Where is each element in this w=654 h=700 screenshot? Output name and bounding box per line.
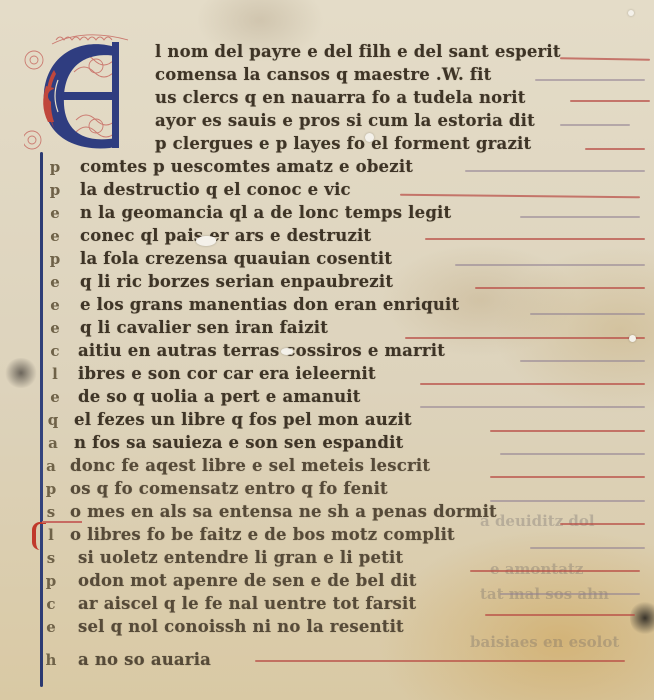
ruling-line <box>420 383 645 385</box>
verse-line: a n fos sa sauieza e son sen espandit <box>74 431 403 454</box>
ruling-line <box>560 124 630 126</box>
verse-text: comtes p uescomtes amatz e obezit <box>80 157 413 176</box>
verse-line: p comtes p uescomtes amatz e obezit <box>80 155 413 178</box>
verse-text: o libres fo be faitz e de bos motz compl… <box>70 525 455 544</box>
parchment-hole <box>629 335 636 342</box>
ink-smudge-right <box>630 600 654 636</box>
ruling-line <box>475 287 645 289</box>
capital-letter: l <box>44 526 58 544</box>
ruling-line <box>455 264 645 266</box>
verse-text: el fezes un libre q fos pel mon auzit <box>74 410 412 429</box>
capital-letter: s <box>44 503 58 521</box>
verse-text: conec ql pais er ars e destruzit <box>80 226 371 245</box>
verse-line: e e los grans manentias don eran enriqui… <box>80 293 459 316</box>
verse-line: s o mes en als sa entensa ne sh a penas … <box>70 500 497 523</box>
initial-e-icon <box>24 30 144 160</box>
parchment-hole <box>628 10 634 16</box>
parchment-hole <box>196 236 216 246</box>
capital-letter: q <box>46 411 60 429</box>
verse-line: us clercs q en nauarra fo a tudela norit <box>155 86 526 109</box>
capital-letter: e <box>48 273 62 291</box>
capital-letter: p <box>48 181 62 199</box>
ruling-line <box>490 476 645 478</box>
ruling-line <box>490 500 645 502</box>
verse-line: l o libres fo be faitz e de bos motz com… <box>70 523 455 546</box>
verse-text: comensa la cansos q maestre .W. fit <box>155 65 491 84</box>
verse-text: n fos sa sauieza e son sen espandit <box>74 433 403 452</box>
verse-text: l nom del payre e del filh e del sant es… <box>155 42 561 61</box>
verse-line: a donc fe aqest libre e sel meteis lescr… <box>70 454 430 477</box>
capital-letter: e <box>48 388 62 406</box>
verse-line: p clergues e p layes fo el forment grazi… <box>155 132 531 155</box>
verse-line: ayor es sauis e pros si cum la estoria d… <box>155 109 535 132</box>
verse-text: ar aiscel q le fe nal uentre tot farsit <box>78 594 416 613</box>
verse-line: e sel q nol conoissh ni no la resentit <box>78 615 404 638</box>
ruling-line <box>465 170 645 172</box>
verse-line: l nom del payre e del filh e del sant es… <box>155 40 561 63</box>
verse-line: q el fezes un libre q fos pel mon auzit <box>74 408 412 431</box>
ink-smudge <box>4 358 38 388</box>
verse-line: h a no so auaria <box>78 648 211 671</box>
bleed-through-text: a deuiditz dol <box>480 512 595 530</box>
capital-letter: l <box>48 365 62 383</box>
ruling-line <box>530 313 645 315</box>
verse-text: la destructio q el conoc e vic <box>80 180 351 199</box>
capital-letter: e <box>48 204 62 222</box>
verse-text: ayor es sauis e pros si cum la estoria d… <box>155 111 535 130</box>
capital-letter: e <box>48 319 62 337</box>
ruling-line <box>500 453 645 455</box>
ruling-line <box>570 100 650 102</box>
capital-letter: e <box>48 227 62 245</box>
capital-letter: c <box>48 342 62 360</box>
ruling-line <box>535 79 645 81</box>
verse-line: e de so q uolia a pert e amanuit <box>78 385 361 408</box>
ruling-line <box>520 216 640 218</box>
verse-text: ibres e son cor car era ieleernit <box>78 364 376 383</box>
ruling-line <box>500 593 640 595</box>
verse-text: q li cavalier sen iran faizit <box>80 318 328 337</box>
ruling-line <box>420 406 645 408</box>
verse-text: n la geomancia ql a de lonc temps legit <box>80 203 451 222</box>
capital-letter: e <box>44 618 58 636</box>
ruling-line <box>560 523 645 525</box>
ruling-line <box>485 614 635 616</box>
capital-letter: e <box>48 296 62 314</box>
verse-text: donc fe aqest libre e sel meteis lescrit <box>70 456 430 475</box>
capital-letter: p <box>48 158 62 176</box>
capital-letter: p <box>44 572 58 590</box>
verse-text: o mes en als sa entensa ne sh a penas do… <box>70 502 497 521</box>
ruling-line <box>530 547 645 549</box>
capital-letter: p <box>44 480 58 498</box>
verse-line: c aitiu en autras terras cossiros e marr… <box>78 339 445 362</box>
verse-text: odon mot apenre de sen e de bel dit <box>78 571 417 590</box>
ruling-line <box>405 337 645 339</box>
verse-line: e n la geomancia ql a de lonc temps legi… <box>80 201 451 224</box>
verse-text: aitiu en autras terras cossiros e marrit <box>78 341 445 360</box>
verse-text: q li ric borzes serian enpaubrezit <box>80 272 393 291</box>
verse-line: s si uoletz entendre li gran e li petit <box>78 546 403 569</box>
parchment-hole <box>365 133 374 142</box>
verse-text: si uoletz entendre li gran e li petit <box>78 548 403 567</box>
ruling-line <box>470 570 640 572</box>
margin-rule <box>40 152 43 687</box>
ruling-line <box>255 660 625 662</box>
capital-letter: a <box>46 434 60 452</box>
ruling-line <box>585 148 645 150</box>
ruling-line <box>425 238 645 240</box>
verse-line: p la destructio q el conoc e vic <box>80 178 351 201</box>
capital-letter: p <box>48 250 62 268</box>
manuscript-page: a deuiditz dol e amontatz tat mal sos ah… <box>0 0 654 700</box>
ruling-line <box>520 360 645 362</box>
verse-text: e los grans manentias don eran enriquit <box>80 295 459 314</box>
illuminated-initial <box>24 30 144 160</box>
capital-letter: s <box>44 549 58 567</box>
verse-line: l ibres e son cor car era ieleernit <box>78 362 376 385</box>
verse-line: p la fola crezensa quauian cosentit <box>80 247 392 270</box>
capital-letter: a <box>44 457 58 475</box>
parchment-hole <box>281 348 293 355</box>
verse-text: sel q nol conoissh ni no la resentit <box>78 617 404 636</box>
verse-text: a no so auaria <box>78 650 211 669</box>
verse-line: comensa la cansos q maestre .W. fit <box>155 63 491 86</box>
capital-letter: h <box>44 651 58 669</box>
verse-line: e q li cavalier sen iran faizit <box>80 316 328 339</box>
ruling-line <box>490 430 645 432</box>
verse-line: c ar aiscel q le fe nal uentre tot farsi… <box>78 592 416 615</box>
verse-line: p odon mot apenre de sen e de bel dit <box>78 569 417 592</box>
verse-line: e conec ql pais er ars e destruzit <box>80 224 371 247</box>
verse-text: us clercs q en nauarra fo a tudela norit <box>155 88 526 107</box>
bleed-through-text: baisiaes en esolot <box>470 633 619 651</box>
verse-text: os q fo comensatz entro q fo fenit <box>70 479 388 498</box>
bleed-through-text: e amontatz <box>490 560 583 578</box>
capital-letter: c <box>44 595 58 613</box>
verse-line: p os q fo comensatz entro q fo fenit <box>70 477 388 500</box>
ruling-line <box>560 57 650 61</box>
verse-text: p clergues e p layes fo el forment grazi… <box>155 134 531 153</box>
ruling-line <box>400 194 640 199</box>
verse-text: de so q uolia a pert e amanuit <box>78 387 361 406</box>
verse-line: e q li ric borzes serian enpaubrezit <box>80 270 393 293</box>
verse-text: la fola crezensa quauian cosentit <box>80 249 392 268</box>
